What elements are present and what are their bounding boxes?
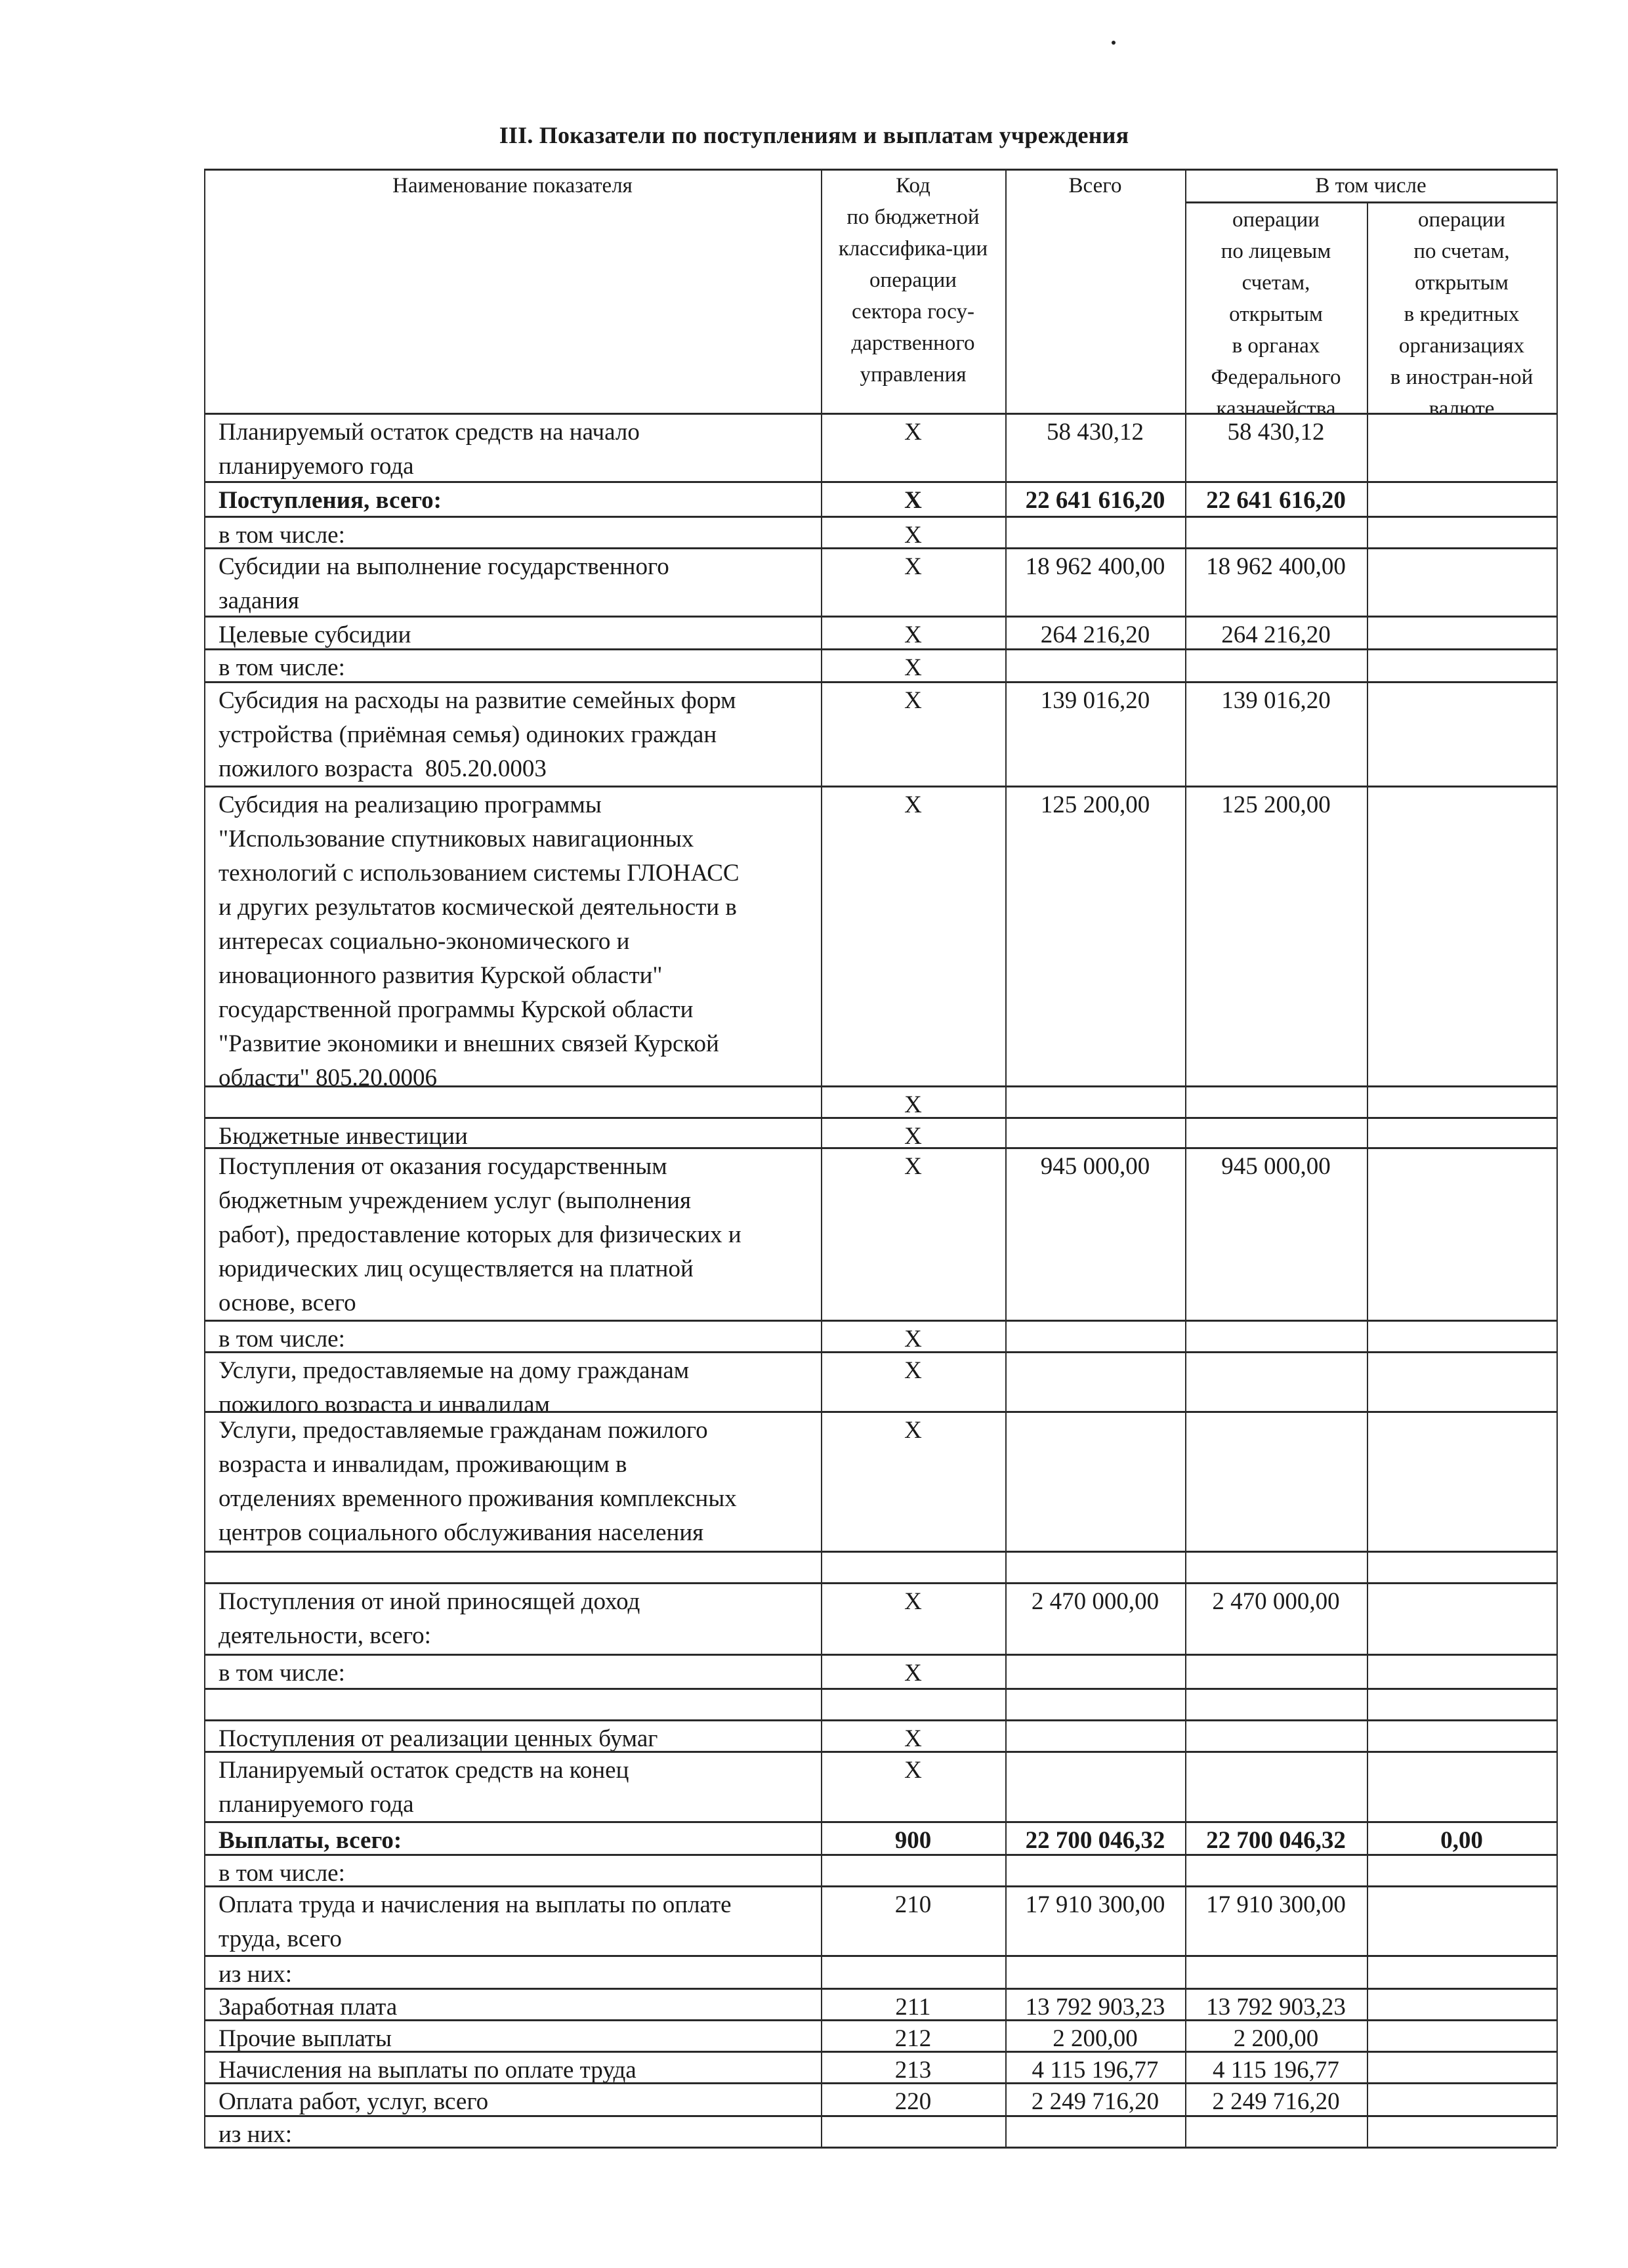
table-rule [204,1351,1556,1353]
row-treasury [1185,1088,1367,1117]
row-foreign [1367,1414,1556,1551]
row-treasury [1185,1322,1367,1351]
row-foreign [1367,1585,1556,1654]
row-treasury: 58 430,12 [1185,415,1367,481]
row-foreign [1367,1857,1556,1885]
row-foreign [1367,1088,1556,1117]
table-rule [204,2147,1556,2149]
row-treasury [1185,1354,1367,1411]
row-total [1005,1088,1185,1117]
row-code: 220 [821,2085,1005,2115]
row-total [1005,1690,1185,1719]
table-rule [204,1719,1556,1721]
row-total [1005,1414,1185,1551]
table-rule [1556,169,1558,2147]
row-foreign [1367,1958,1556,1988]
row-total: 22 700 046,32 [1005,1824,1185,1854]
row-total [1005,1354,1185,1411]
row-name: Начисления на выплаты по оплате труда [204,2053,821,2082]
row-name: Планируемый остаток средств на конец пла… [204,1753,821,1821]
table-rule [204,516,1556,518]
header-code: Код по бюджетной классифика-ции операции… [821,170,1005,413]
row-code: X [821,1150,1005,1320]
row-total: 13 792 903,23 [1005,1990,1185,2019]
row-foreign [1367,1150,1556,1320]
row-treasury: 2 200,00 [1185,2022,1367,2051]
row-treasury [1185,1690,1367,1719]
row-name: Услуги, предоставляемые на дому граждана… [204,1354,821,1411]
row-name: из них: [204,2118,821,2147]
row-treasury [1185,1120,1367,1147]
header-foreign-currency-accounts: операции по счетам, открытым в кредитных… [1367,204,1556,413]
row-code: 212 [821,2022,1005,2051]
row-code: X [821,1585,1005,1654]
row-foreign [1367,1354,1556,1411]
row-treasury: 945 000,00 [1185,1150,1367,1320]
table-rule [204,1320,1556,1322]
row-foreign [1367,2085,1556,2115]
table-rule [204,1821,1556,1823]
row-treasury: 22 700 046,32 [1185,1824,1367,1854]
row-total [1005,2118,1185,2147]
row-total: 4 115 196,77 [1005,2053,1185,2082]
row-name [204,1690,821,1719]
row-name: в том числе: [204,651,821,681]
row-total: 2 249 716,20 [1005,2085,1185,2115]
row-name [204,1553,821,1582]
row-total: 18 962 400,00 [1005,550,1185,616]
row-code: 213 [821,2053,1005,2082]
row-code: X [821,1656,1005,1688]
row-treasury: 22 641 616,20 [1185,484,1367,516]
row-name: Субсидия на расходы на развитие семейных… [204,684,821,786]
row-total: 17 910 300,00 [1005,1888,1185,1955]
row-foreign [1367,684,1556,786]
row-treasury: 13 792 903,23 [1185,1990,1367,2019]
row-total [1005,1322,1185,1351]
row-name: из них: [204,1958,821,1988]
row-name: в том числе: [204,1656,821,1688]
row-total [1005,1553,1185,1582]
row-code: X [821,1414,1005,1551]
row-treasury [1185,1553,1367,1582]
table-rule [204,786,1556,787]
table-rule [204,413,1556,415]
table-rule [204,648,1556,650]
row-foreign [1367,1690,1556,1719]
row-treasury: 18 962 400,00 [1185,550,1367,616]
row-treasury [1185,1414,1367,1551]
row-code [821,2118,1005,2147]
row-total [1005,518,1185,547]
row-treasury [1185,1722,1367,1751]
table-rule [204,481,1556,483]
row-treasury: 4 115 196,77 [1185,2053,1367,2082]
row-code [821,1958,1005,1988]
row-name: в том числе: [204,1322,821,1351]
row-code: X [821,1753,1005,1821]
row-foreign [1367,1656,1556,1688]
table-rule [204,1955,1556,1957]
table-rule [204,2082,1556,2084]
row-total [1005,1857,1185,1885]
row-code: X [821,518,1005,547]
row-foreign [1367,2118,1556,2147]
row-total: 139 016,20 [1005,684,1185,786]
scan-speck [1112,41,1116,45]
row-code: X [821,684,1005,786]
row-total [1005,1722,1185,1751]
table-rule [204,1885,1556,1887]
row-name: Бюджетные инвестиции [204,1120,821,1147]
row-foreign [1367,2022,1556,2051]
row-code: X [821,1354,1005,1411]
header-including: В том числе [1185,170,1556,201]
header-name: Наименование показателя [204,170,821,413]
table-rule [204,547,1556,549]
row-code: 900 [821,1824,1005,1854]
table-rule [204,1988,1556,1990]
row-total: 264 216,20 [1005,618,1185,648]
table-rule [204,2051,1556,2053]
row-code: 210 [821,1888,1005,1955]
table-rule [204,1551,1556,1553]
row-total [1005,1656,1185,1688]
row-foreign [1367,484,1556,516]
row-treasury: 139 016,20 [1185,684,1367,786]
row-name: Заработная плата [204,1990,821,2019]
row-total [1005,1120,1185,1147]
table-rule [204,1854,1556,1856]
row-code: X [821,1120,1005,1147]
row-total: 125 200,00 [1005,788,1185,1085]
table-rule [204,1582,1556,1584]
header-total: Всего [1005,170,1185,413]
table-rule [204,616,1556,618]
table-rule [204,2019,1556,2021]
row-code [821,1857,1005,1885]
row-total [1005,651,1185,681]
row-foreign [1367,788,1556,1085]
row-treasury [1185,1656,1367,1688]
row-code: X [821,618,1005,648]
row-foreign [1367,1553,1556,1582]
row-name: Поступления от оказания государственным … [204,1150,821,1320]
row-code [821,1553,1005,1582]
row-name: Оплата труда и начисления на выплаты по … [204,1888,821,1955]
row-treasury [1185,651,1367,681]
row-code [821,1690,1005,1719]
row-treasury: 264 216,20 [1185,618,1367,648]
row-foreign [1367,415,1556,481]
row-foreign [1367,2053,1556,2082]
row-foreign [1367,1722,1556,1751]
row-code: X [821,415,1005,481]
table-rule [204,681,1556,683]
row-name: в том числе: [204,1857,821,1885]
row-treasury [1185,518,1367,547]
row-foreign [1367,550,1556,616]
row-name [204,1088,821,1117]
row-code: X [821,1722,1005,1751]
header-treasury-accounts: операции по лицевым счетам, открытым в о… [1185,204,1367,413]
row-code: X [821,788,1005,1085]
table-rule [204,1117,1556,1119]
row-treasury: 17 910 300,00 [1185,1888,1367,1955]
row-name: Услуги, предоставляемые гражданам пожило… [204,1414,821,1551]
row-code: X [821,1322,1005,1351]
row-code: X [821,1088,1005,1117]
row-foreign [1367,518,1556,547]
row-foreign [1367,1990,1556,2019]
row-code: X [821,550,1005,616]
row-treasury [1185,1857,1367,1885]
row-name: Планируемый остаток средств на начало пл… [204,415,821,481]
row-foreign [1367,1120,1556,1147]
section-title: III. Показатели по поступлениям и выплат… [0,121,1628,149]
table-rule [204,2115,1556,2117]
row-name: Оплата работ, услуг, всего [204,2085,821,2115]
row-treasury [1185,1958,1367,1988]
row-name: Субсидии на выполнение государственного … [204,550,821,616]
table-rule [204,1085,1556,1087]
row-name: Поступления, всего: [204,484,821,516]
row-total: 58 430,12 [1005,415,1185,481]
table-rule [204,1147,1556,1149]
table-rule [204,1688,1556,1690]
row-code: X [821,484,1005,516]
table-rule [204,1654,1556,1656]
row-total: 22 641 616,20 [1005,484,1185,516]
table-rule [1185,201,1556,203]
row-treasury: 2 249 716,20 [1185,2085,1367,2115]
row-code: 211 [821,1990,1005,2019]
table-rule [204,1411,1556,1413]
row-name: Поступления от реализации ценных бумаг [204,1722,821,1751]
row-name: Поступления от иной приносящей доход дея… [204,1585,821,1654]
row-name: Прочие выплаты [204,2022,821,2051]
row-name: Выплаты, всего: [204,1824,821,1854]
row-foreign [1367,1888,1556,1955]
row-name: в том числе: [204,518,821,547]
row-treasury [1185,2118,1367,2147]
table-rule [204,1751,1556,1753]
row-name: Субсидия на реализацию программы "Исполь… [204,788,821,1085]
row-total [1005,1958,1185,1988]
row-code: X [821,651,1005,681]
row-foreign [1367,1753,1556,1821]
row-foreign: 0,00 [1367,1824,1556,1854]
table-rule [204,169,1556,171]
row-treasury [1185,1753,1367,1821]
row-treasury: 2 470 000,00 [1185,1585,1367,1654]
row-total: 945 000,00 [1005,1150,1185,1320]
row-foreign [1367,1322,1556,1351]
row-foreign [1367,618,1556,648]
row-total: 2 200,00 [1005,2022,1185,2051]
row-foreign [1367,651,1556,681]
row-name: Целевые субсидии [204,618,821,648]
row-total [1005,1753,1185,1821]
row-treasury: 125 200,00 [1185,788,1367,1085]
row-total: 2 470 000,00 [1005,1585,1185,1654]
